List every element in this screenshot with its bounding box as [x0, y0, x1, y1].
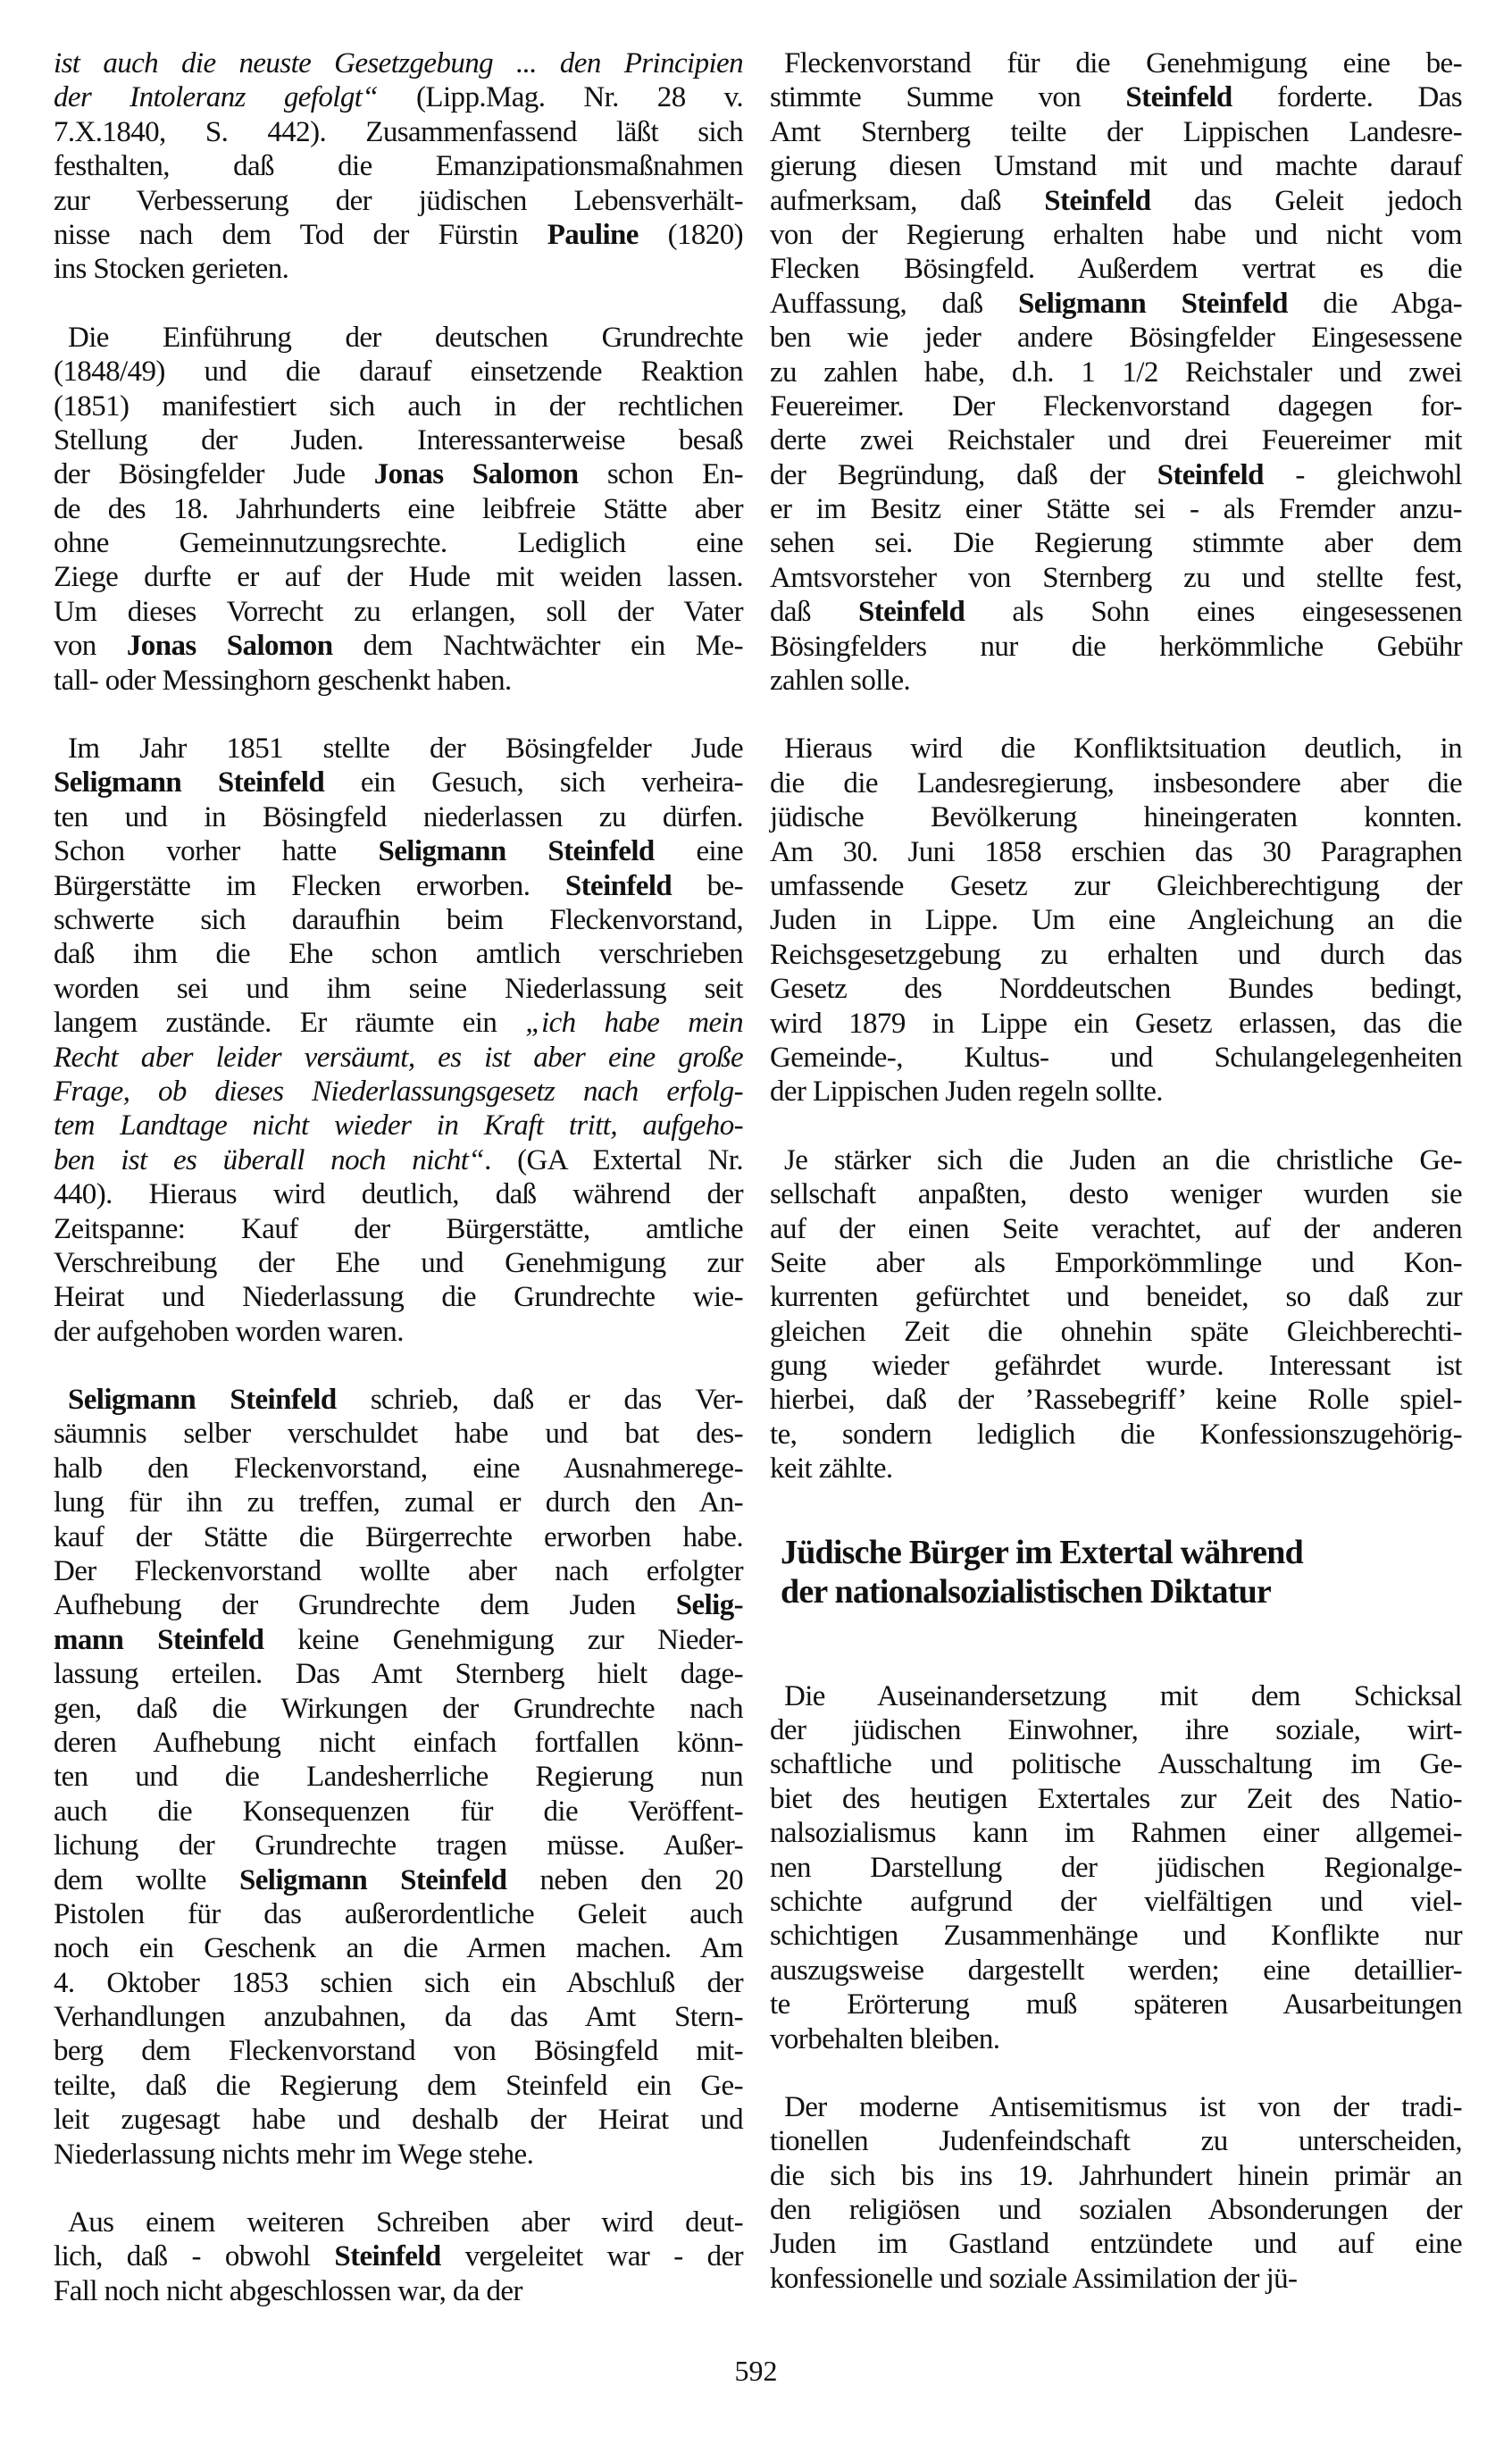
text-run: schaftliche und politische Ausschaltung … — [770, 1748, 1462, 1780]
text-line: schichte aufgrund der vielfältigen und v… — [770, 1885, 1462, 1919]
section-heading-line: der nationalsozialistischen Diktatur — [781, 1572, 1462, 1611]
text-run: ins Stocken gerieten. — [54, 253, 288, 285]
text-line: derte zwei Reichstaler und drei Feuereim… — [770, 423, 1462, 457]
text-line: stimmte Summe von Steinfeld forderte. Da… — [770, 80, 1462, 114]
text-run: gleichen Zeit die ohnehin späte Gleichbe… — [770, 1316, 1462, 1348]
text-line: Verhandlungen anzubahnen, da das Amt Ste… — [54, 2000, 743, 2034]
right-column: Fleckenvorstand für die Genehmigung eine… — [770, 46, 1462, 2330]
text-run: zahlen solle. — [770, 665, 910, 697]
text-line: der Begründung, daß der Steinfeld - glei… — [770, 458, 1462, 492]
text-run: aufmerksam, daß — [770, 185, 1044, 217]
text-run: von der Regierung erhalten habe und nich… — [770, 219, 1462, 251]
text-run: konfessionelle und soziale Assimilation … — [770, 2263, 1297, 2295]
text-run: das Geleit jedoch — [1150, 185, 1462, 217]
text-run: den religiösen und sozialen Absonderunge… — [770, 2194, 1462, 2226]
italic-quote: ben ist es überall noch nicht“ — [54, 1144, 484, 1176]
text-line: Gemeinde-, Kultus- und Schulangelegenhei… — [770, 1041, 1462, 1075]
bold-name: Steinfeld — [334, 2240, 440, 2272]
text-run: te Erörterung muß späteren Ausarbeitunge… — [770, 1988, 1462, 2021]
text-run: Zeitspanne: Kauf der Bürgerstätte, amtli… — [54, 1213, 743, 1245]
text-line: mann Steinfeld keine Genehmigung zur Nie… — [54, 1623, 743, 1657]
text-run: kauf der Stätte die Bürgerrechte erworbe… — [54, 1521, 743, 1553]
text-run: teilte, daß die Regierung dem Steinfeld … — [54, 2070, 743, 2102]
text-line: tall- oder Messinghorn geschenkt haben. — [54, 664, 743, 698]
right-column-paragraphs-after-heading: Die Auseinandersetzung mit dem Schicksal… — [770, 1679, 1462, 2297]
text-line: kauf der Stätte die Bürgerrechte erworbe… — [54, 1520, 743, 1554]
text-line: ben ist es überall noch nicht“. (GA Exte… — [54, 1143, 743, 1177]
text-run: der jüdischen Einwohner, ihre soziale, w… — [770, 1714, 1462, 1746]
text-run: lassung erteilen. Das Amt Sternberg hiel… — [54, 1658, 743, 1690]
text-run: von — [54, 630, 127, 662]
text-run: de des 18. Jahrhunderts eine leibfreie S… — [54, 493, 743, 525]
text-run: der aufgehoben worden waren. — [54, 1316, 404, 1348]
text-run: stimmte Summe von — [770, 81, 1125, 113]
paragraph: Je stärker sich die Juden an die christl… — [770, 1143, 1462, 1486]
text-line: dem wollte Seligmann Steinfeld neben den… — [54, 1863, 743, 1897]
text-line: aufmerksam, daß Steinfeld das Geleit jed… — [770, 184, 1462, 218]
text-line: daß ihm die Ehe schon amtlich verschrieb… — [54, 937, 743, 971]
text-line: gleichen Zeit die ohnehin späte Gleichbe… — [770, 1315, 1462, 1349]
text-run: der Lippischen Juden regeln sollte. — [770, 1076, 1163, 1108]
text-line: Amt Sternberg teilte der Lippischen Land… — [770, 115, 1462, 149]
text-run: keit zählte. — [770, 1452, 893, 1485]
text-line: Frage, ob dieses Niederlassungsgesetz na… — [54, 1075, 743, 1109]
text-run: zur Verbesserung der jüdischen Lebensver… — [54, 185, 743, 217]
bold-name: Steinfeld — [1125, 81, 1232, 113]
text-line: nisse nach dem Tod der Fürstin Pauline (… — [54, 218, 743, 252]
text-line: kurrenten gefürchtet und beneidet, so da… — [770, 1280, 1462, 1314]
text-line: sellschaft anpaßten, desto weniger wurde… — [770, 1177, 1462, 1211]
bold-name: Seligmann Steinfeld — [239, 1864, 506, 1896]
text-run: lichung der Grundrechte tragen müsse. Au… — [54, 1829, 743, 1862]
text-run: halb den Fleckenvorstand, eine Ausnahmer… — [54, 1452, 743, 1485]
text-run: 7.X.1840, S. 442). Zusammenfassend läßt … — [54, 116, 743, 148]
text-line: te, sondern lediglich die Konfessionszug… — [770, 1418, 1462, 1452]
paragraph: Die Auseinandersetzung mit dem Schicksal… — [770, 1679, 1462, 2056]
paragraph: ist auch die neuste Gesetzgebung ... den… — [54, 46, 743, 287]
text-run: (1851) manifestiert sich auch in der rec… — [54, 390, 743, 423]
text-line: hierbei, daß der ’Rassebegriff’ keine Ro… — [770, 1383, 1462, 1417]
text-line: de des 18. Jahrhunderts eine leibfreie S… — [54, 492, 743, 526]
text-run: Fleckenvorstand für die Genehmigung eine… — [784, 47, 1462, 80]
text-run: wird 1879 in Lippe ein Gesetz erlassen, … — [770, 1008, 1462, 1040]
text-line: Juden in Lippe. Um eine Angleichung an d… — [770, 903, 1462, 937]
text-run: auf der einen Seite verachtet, auf der a… — [770, 1213, 1462, 1245]
bold-name: Seligmann Steinfeld — [68, 1384, 337, 1416]
text-run: der Begründung, daß der — [770, 459, 1157, 491]
section-heading: Jüdische Bürger im Extertal während der … — [781, 1533, 1462, 1611]
text-line: 7.X.1840, S. 442). Zusammenfassend läßt … — [54, 115, 743, 149]
text-run: schrieb, daß er das Ver- — [337, 1384, 743, 1416]
text-run: Heirat und Niederlassung die Grundrechte… — [54, 1281, 743, 1313]
text-line: Pistolen für das außerordentliche Geleit… — [54, 1897, 743, 1931]
text-line: der Intoleranz gefolgt“ (Lipp.Mag. Nr. 2… — [54, 80, 743, 114]
text-line: der Lippischen Juden regeln sollte. — [770, 1075, 1462, 1109]
text-run: Seite aber als Emporkömmlinge und Kon- — [770, 1247, 1462, 1279]
text-line: noch ein Geschenk an die Armen machen. A… — [54, 1931, 743, 1965]
bold-name: Steinfeld — [565, 870, 672, 902]
text-line: ten und in Bösingfeld niederlassen zu dü… — [54, 800, 743, 834]
text-run: ein Gesuch, sich verheira- — [324, 766, 743, 799]
text-run: keine Genehmigung zur Nieder- — [263, 1624, 743, 1656]
text-run: noch ein Geschenk an die Armen machen. A… — [54, 1932, 743, 1964]
text-run: Am 30. Juni 1858 erschien das 30 Paragra… — [770, 836, 1462, 868]
text-line: Seligmann Steinfeld schrieb, daß er das … — [54, 1383, 743, 1417]
italic-quote: „ich habe mein — [525, 1007, 743, 1039]
text-line: Um dieses Vorrecht zu erlangen, soll der… — [54, 595, 743, 629]
text-run: nen Darstellung der jüdischen Regionalge… — [770, 1852, 1462, 1884]
text-line: deren Aufhebung nicht einfach fortfallen… — [54, 1726, 743, 1760]
text-run: festhalten, daß die Emanzipationsmaßnahm… — [54, 150, 743, 182]
text-run: daß ihm die Ehe schon amtlich verschrieb… — [54, 938, 743, 970]
paragraph: Im Jahr 1851 stellte der Bösingfelder Ju… — [54, 732, 743, 1349]
text-run: säumnis selber verschuldet habe und bat … — [54, 1418, 743, 1450]
text-run: 440). Hieraus wird deutlich, daß während… — [54, 1178, 743, 1210]
left-column: ist auch die neuste Gesetzgebung ... den… — [54, 46, 743, 2342]
text-line: die sich bis ins 19. Jahrhundert hinein … — [770, 2159, 1462, 2193]
text-line: umfassende Gesetz zur Gleichberechtigung… — [770, 869, 1462, 903]
text-line: ben wie jeder andere Bösingfelder Einges… — [770, 321, 1462, 355]
text-run: Feuereimer. Der Fleckenvorstand dagegen … — [770, 390, 1462, 423]
text-line: nen Darstellung der jüdischen Regionalge… — [770, 1851, 1462, 1885]
text-run: Die Auseinandersetzung mit dem Schicksal — [784, 1680, 1462, 1712]
text-line: Je stärker sich die Juden an die christl… — [770, 1143, 1462, 1177]
text-line: Flecken Bösingfeld. Außerdem vertrat es … — [770, 252, 1462, 286]
text-run: forderte. Das — [1232, 81, 1462, 113]
text-run: tionellen Judenfeindschaft zu unterschei… — [770, 2125, 1462, 2157]
text-line: auf der einen Seite verachtet, auf der a… — [770, 1212, 1462, 1246]
text-line: (1848/49) und die darauf einsetzende Rea… — [54, 355, 743, 389]
text-run: eine — [655, 835, 743, 867]
section-heading-line: Jüdische Bürger im Extertal während — [781, 1533, 1462, 1572]
text-line: zur Verbesserung der jüdischen Lebensver… — [54, 184, 743, 218]
text-run: kurrenten gefürchtet und beneidet, so da… — [770, 1281, 1462, 1313]
text-line: Ziege durfte er auf der Hude mit weiden … — [54, 560, 743, 594]
text-run: Juden in Lippe. Um eine Angleichung an d… — [770, 904, 1462, 936]
text-line: Bürgerstätte im Flecken erworben. Steinf… — [54, 869, 743, 903]
text-run: (1848/49) und die darauf einsetzende Rea… — [54, 356, 743, 388]
paragraph: Der moderne Antisemitismus ist von der t… — [770, 2090, 1462, 2296]
text-line: keit zählte. — [770, 1452, 1462, 1486]
text-line: zu zahlen habe, d.h. 1 1/2 Reichstaler u… — [770, 356, 1462, 389]
text-run: jüdische Bevölkerung hineingeraten konnt… — [770, 801, 1462, 833]
text-run: Bösingfelders nur die herkömmliche Gebüh… — [770, 631, 1462, 663]
text-run: Im Jahr 1851 stellte der Bösingfelder Ju… — [68, 732, 743, 765]
text-line: von Jonas Salomon dem Nachtwächter ein M… — [54, 629, 743, 663]
paragraph: Hieraus wird die Konfliktsituation deutl… — [770, 732, 1462, 1109]
text-run: - gleichwohl — [1264, 459, 1462, 491]
text-line: lichung der Grundrechte tragen müsse. Au… — [54, 1829, 743, 1862]
text-run: auch die Konsequenzen für die Veröffent- — [54, 1795, 743, 1828]
bold-name: Jonas Salomon — [374, 458, 579, 490]
text-line: langem zuständе. Er räumte ein „ich habe… — [54, 1006, 743, 1040]
text-line: Aus einem weiteren Schreiben aber wird d… — [54, 2205, 743, 2239]
text-run: be- — [672, 870, 743, 902]
text-run: sehen sei. Die Regierung stimmte aber de… — [770, 527, 1462, 559]
bold-name: Pauline — [547, 219, 639, 251]
bold-name: Selig- — [676, 1589, 743, 1621]
text-line: Der Fleckenvorstand wollte aber nach erf… — [54, 1554, 743, 1588]
text-run: Die Einführung der deutschen Grundrechte — [68, 322, 743, 354]
italic-quote: tem Landtage nicht wieder in Kraft tritt… — [54, 1109, 743, 1142]
bold-name: Steinfeld — [1157, 459, 1264, 491]
text-line: zahlen solle. — [770, 664, 1462, 698]
text-line: gung wieder gefährdet wurde. Interessant… — [770, 1349, 1462, 1383]
text-line: worden sei und ihm seine Niederlassung s… — [54, 972, 743, 1006]
text-run: Niederlassung nichts mehr im Wege stehe. — [54, 2138, 533, 2171]
text-line: der jüdischen Einwohner, ihre soziale, w… — [770, 1713, 1462, 1747]
paragraph: Die Einführung der deutschen Grundrechte… — [54, 321, 743, 698]
text-run: vergeleitet war - der — [441, 2240, 743, 2272]
text-run: Reichsgesetzgebung zu erhalten und durch… — [770, 939, 1462, 971]
text-line: jüdische Bevölkerung hineingeraten konnt… — [770, 800, 1462, 834]
text-run: der Bösingfelder Jude — [54, 458, 374, 490]
text-line: nalsozialismus kann im Rahmen einer allg… — [770, 1816, 1462, 1850]
text-line: die die Landesregierung, insbesondere ab… — [770, 766, 1462, 800]
text-line: Stellung der Juden. Interessanterweise b… — [54, 423, 743, 457]
text-line: (1851) manifestiert sich auch in der rec… — [54, 389, 743, 423]
text-line: Seite aber als Emporkömmlinge und Kon- — [770, 1246, 1462, 1280]
text-line: tem Landtage nicht wieder in Kraft tritt… — [54, 1109, 743, 1142]
text-line: Der moderne Antisemitismus ist von der t… — [770, 2090, 1462, 2124]
text-run: ten und in Bösingfeld niederlassen zu dü… — [54, 801, 743, 833]
text-run: daß — [770, 596, 858, 628]
text-run: leit zugesagt habe und deshalb der Heira… — [54, 2104, 743, 2136]
text-run: worden sei und ihm seine Niederlassung s… — [54, 973, 743, 1005]
text-run: Ziege durfte er auf der Hude mit weiden … — [54, 561, 743, 593]
text-line: Juden im Gastland entzündete und auf ein… — [770, 2227, 1462, 2261]
text-run: langem zuständе. Er räumte ein — [54, 1007, 525, 1039]
text-line: Am 30. Juni 1858 erschien das 30 Paragra… — [770, 835, 1462, 869]
text-line: te Erörterung muß späteren Ausarbeitunge… — [770, 1988, 1462, 2021]
text-line: er im Besitz einer Stätte sei - als Frem… — [770, 492, 1462, 526]
text-run: derte zwei Reichstaler und drei Feuereim… — [770, 424, 1462, 456]
text-line: von der Regierung erhalten habe und nich… — [770, 218, 1462, 252]
text-run: die Abga- — [1288, 288, 1462, 320]
text-run: deren Aufhebung nicht einfach fortfallen… — [54, 1727, 743, 1759]
text-run: umfassende Gesetz zur Gleichberechtigung… — [770, 870, 1462, 902]
text-line: leit zugesagt habe und deshalb der Heira… — [54, 2103, 743, 2137]
text-run: die die Landesregierung, insbesondere ab… — [770, 767, 1462, 799]
text-run: Stellung der Juden. Interessanterweise b… — [54, 424, 743, 456]
italic-quote: der Intoleranz gefolgt“ — [54, 81, 378, 113]
bold-name: Jonas Salomon — [127, 630, 333, 662]
text-run: Je stärker sich die Juden an die christl… — [784, 1144, 1462, 1176]
text-run: . (GA Extertal Nr. — [484, 1144, 743, 1176]
text-run: Gemeinde-, Kultus- und Schulangelegenhei… — [770, 1042, 1462, 1074]
page-number: 592 — [0, 2355, 1512, 2388]
text-run: (Lipp.Mag. Nr. 28 v. — [378, 81, 743, 113]
text-line: festhalten, daß die Emanzipationsmaßnahm… — [54, 149, 743, 183]
text-line: ten und die Landesherrliche Regierung nu… — [54, 1760, 743, 1794]
text-run: berg dem Fleckenvorstand von Bösingfeld … — [54, 2035, 743, 2067]
text-run: gen, daß die Wirkungen der Grundrechte n… — [54, 1693, 743, 1725]
text-line: Recht aber leider versäumt, es ist aber … — [54, 1041, 743, 1075]
text-run: schwerte sich daraufhin beim Fleckenvors… — [54, 904, 743, 936]
text-run: sellschaft anpaßten, desto weniger wurde… — [770, 1178, 1462, 1210]
text-line: schichtigen Zusammenhänge und Konflikte … — [770, 1919, 1462, 1953]
text-line: teilte, daß die Regierung dem Steinfeld … — [54, 2069, 743, 2103]
text-line: Fall noch nicht abgeschlossen war, da de… — [54, 2274, 743, 2308]
text-line: der aufgehoben worden waren. — [54, 1315, 743, 1349]
text-line: den religiösen und sozialen Absonderunge… — [770, 2193, 1462, 2227]
bold-name: Seligmann Steinfeld — [1018, 288, 1288, 320]
text-line: Auffassung, daß Seligmann Steinfeld die … — [770, 287, 1462, 321]
text-run: gung wieder gefährdet wurde. Interessant… — [770, 1350, 1462, 1382]
text-line: Im Jahr 1851 stellte der Bösingfelder Ju… — [54, 732, 743, 766]
text-run: schichte aufgrund der vielfältigen und v… — [770, 1886, 1462, 1918]
text-line: 4. Oktober 1853 schien sich ein Abschluß… — [54, 1966, 743, 2000]
italic-quote: ist auch die neuste Gesetzgebung ... den… — [54, 47, 743, 80]
text-run: dem Nachtwächter ein Me- — [332, 630, 743, 662]
text-run: ben wie jeder andere Bösingfelder Einges… — [770, 322, 1462, 354]
text-line: gen, daß die Wirkungen der Grundrechte n… — [54, 1692, 743, 1726]
text-run: Gesetz des Norddeutschen Bundes bedingt, — [770, 973, 1462, 1005]
text-run: schichtigen Zusammenhänge und Konflikte … — [770, 1920, 1462, 1952]
text-line: ohne Gemeinnutzungsrechte. Lediglich ein… — [54, 526, 743, 560]
text-line: Fleckenvorstand für die Genehmigung eine… — [770, 46, 1462, 80]
text-line: Niederlassung nichts mehr im Wege stehe. — [54, 2138, 743, 2172]
text-run: zu zahlen habe, d.h. 1 1/2 Reichstaler u… — [770, 356, 1462, 389]
text-line: säumnis selber verschuldet habe und bat … — [54, 1417, 743, 1451]
text-run: tall- oder Messinghorn geschenkt haben. — [54, 665, 512, 697]
text-line: Bösingfelders nur die herkömmliche Gebüh… — [770, 630, 1462, 664]
text-line: der Bösingfelder Jude Jonas Salomon scho… — [54, 457, 743, 491]
text-line: lung für ihn zu treffen, zumal er durch … — [54, 1486, 743, 1519]
text-line: gierung diesen Umstand mit und machte da… — [770, 149, 1462, 183]
text-line: Schon vorher hatte Seligmann Steinfeld e… — [54, 834, 743, 868]
paragraph: Fleckenvorstand für die Genehmigung eine… — [770, 46, 1462, 698]
text-line: biet des heutigen Extertales zur Zeit de… — [770, 1782, 1462, 1816]
text-line: Die Auseinandersetzung mit dem Schicksal — [770, 1679, 1462, 1713]
text-run: Um dieses Vorrecht zu erlangen, soll der… — [54, 596, 743, 628]
bold-name: Seligmann Steinfeld — [378, 835, 654, 867]
text-run: auszugsweise dargestellt werden; eine de… — [770, 1954, 1462, 1987]
text-run: Amtsvorsteher von Sternberg zu und stell… — [770, 562, 1462, 594]
text-run: Auffassung, daß — [770, 288, 1018, 320]
text-line: Heirat und Niederlassung die Grundrechte… — [54, 1280, 743, 1314]
text-line: lassung erteilen. Das Amt Sternberg hiel… — [54, 1657, 743, 1691]
text-line: berg dem Fleckenvorstand von Bösingfeld … — [54, 2034, 743, 2068]
text-line: Seligmann Steinfeld ein Gesuch, sich ver… — [54, 766, 743, 799]
bold-name: mann Steinfeld — [54, 1624, 263, 1656]
text-run: Verschreibung der Ehe und Genehmigung zu… — [54, 1247, 743, 1279]
text-run: 4. Oktober 1853 schien sich ein Abschluß… — [54, 1967, 743, 1999]
text-line: lich, daß - obwohl Steinfeld vergeleitet… — [54, 2239, 743, 2273]
text-run: nisse nach dem Tod der Fürstin — [54, 219, 547, 251]
text-line: Gesetz des Norddeutschen Bundes bedingt, — [770, 972, 1462, 1006]
text-line: auch die Konsequenzen für die Veröffent- — [54, 1795, 743, 1829]
text-line: Verschreibung der Ehe und Genehmigung zu… — [54, 1246, 743, 1280]
text-run: Flecken Bösingfeld. Außerdem vertrat es … — [770, 253, 1462, 285]
text-line: Aufhebung der Grundrechte dem Juden Seli… — [54, 1588, 743, 1622]
italic-quote: Recht aber leider versäumt, es ist aber … — [54, 1042, 743, 1074]
text-run: Der Fleckenvorstand wollte aber nach erf… — [54, 1555, 743, 1587]
text-line: auszugsweise dargestellt werden; eine de… — [770, 1954, 1462, 1988]
text-line: ist auch die neuste Gesetzgebung ... den… — [54, 46, 743, 80]
text-line: Feuereimer. Der Fleckenvorstand dagegen … — [770, 389, 1462, 423]
text-line: konfessionelle und soziale Assimilation … — [770, 2262, 1462, 2296]
text-run: vorbehalten bleiben. — [770, 2023, 999, 2055]
text-run: Aufhebung der Grundrechte dem Juden — [54, 1589, 676, 1621]
text-line: Zeitspanne: Kauf der Bürgerstätte, amtli… — [54, 1212, 743, 1246]
text-run: Amt Sternberg teilte der Lippischen Land… — [770, 116, 1462, 148]
text-line: Die Einführung der deutschen Grundrechte — [54, 321, 743, 355]
text-line: schwerte sich daraufhin beim Fleckenvors… — [54, 903, 743, 937]
text-run: Aus einem weiteren Schreiben aber wird d… — [68, 2206, 743, 2239]
text-run: biet des heutigen Extertales zur Zeit de… — [770, 1783, 1462, 1815]
text-line: daß Steinfeld als Sohn eines eingesessen… — [770, 595, 1462, 629]
bold-name: Steinfeld — [858, 596, 965, 628]
text-line: Reichsgesetzgebung zu erhalten und durch… — [770, 938, 1462, 972]
text-run: lich, daß - obwohl — [54, 2240, 334, 2272]
text-line: tionellen Judenfeindschaft zu unterschei… — [770, 2124, 1462, 2158]
paragraph: Seligmann Steinfeld schrieb, daß er das … — [54, 1383, 743, 2172]
text-run: hierbei, daß der ’Rassebegriff’ keine Ro… — [770, 1384, 1462, 1416]
text-line: ins Stocken gerieten. — [54, 252, 743, 286]
right-column-paragraphs-before-heading: Fleckenvorstand für die Genehmigung eine… — [770, 46, 1462, 1486]
text-run: neben den 20 — [506, 1864, 743, 1896]
text-run: gierung diesen Umstand mit und machte da… — [770, 150, 1462, 182]
italic-quote: Frage, ob dieses Niederlassungsgesetz na… — [54, 1076, 743, 1108]
text-run: Schon vorher hatte — [54, 835, 378, 867]
text-run: Der moderne Antisemitismus ist von der t… — [784, 2091, 1462, 2123]
text-run: er im Besitz einer Stätte sei - als Frem… — [770, 493, 1462, 525]
text-run: (1820) — [639, 219, 743, 251]
text-run: nalsozialismus kann im Rahmen einer allg… — [770, 1817, 1462, 1849]
text-run: ohne Gemeinnutzungsrechte. Lediglich ein… — [54, 527, 743, 559]
bold-name: Seligmann Steinfeld — [54, 766, 324, 799]
text-line: vorbehalten bleiben. — [770, 2022, 1462, 2056]
text-line: 440). Hieraus wird deutlich, daß während… — [54, 1177, 743, 1211]
text-run: lung für ihn zu treffen, zumal er durch … — [54, 1486, 743, 1519]
paragraph: Aus einem weiteren Schreiben aber wird d… — [54, 2205, 743, 2308]
text-line: halb den Fleckenvorstand, eine Ausnahmer… — [54, 1452, 743, 1486]
text-run: schon En- — [578, 458, 743, 490]
text-run: ten und die Landesherrliche Regierung nu… — [54, 1761, 743, 1793]
text-run: Pistolen für das außerordentliche Geleit… — [54, 1898, 743, 1930]
text-line: Amtsvorsteher von Sternberg zu und stell… — [770, 561, 1462, 595]
text-run: Fall noch nicht abgeschlossen war, da de… — [54, 2275, 522, 2307]
text-line: sehen sei. Die Regierung stimmte aber de… — [770, 526, 1462, 560]
text-line: wird 1879 in Lippe ein Gesetz erlassen, … — [770, 1007, 1462, 1041]
text-line: schaftliche und politische Ausschaltung … — [770, 1747, 1462, 1781]
text-run: Bürgerstätte im Flecken erworben. — [54, 870, 565, 902]
bold-name: Steinfeld — [1044, 185, 1150, 217]
text-run: die sich bis ins 19. Jahrhundert hinein … — [770, 2160, 1462, 2192]
text-run: Juden im Gastland entzündete und auf ein… — [770, 2228, 1462, 2260]
text-run: Verhandlungen anzubahnen, da das Amt Ste… — [54, 2001, 743, 2033]
text-run: Hieraus wird die Konfliktsituation deutl… — [784, 732, 1462, 765]
text-run: als Sohn eines eingesessenen — [965, 596, 1462, 628]
text-run: dem wollte — [54, 1864, 239, 1896]
text-line: Hieraus wird die Konfliktsituation deutl… — [770, 732, 1462, 766]
text-run: te, sondern lediglich die Konfessionszug… — [770, 1419, 1462, 1451]
